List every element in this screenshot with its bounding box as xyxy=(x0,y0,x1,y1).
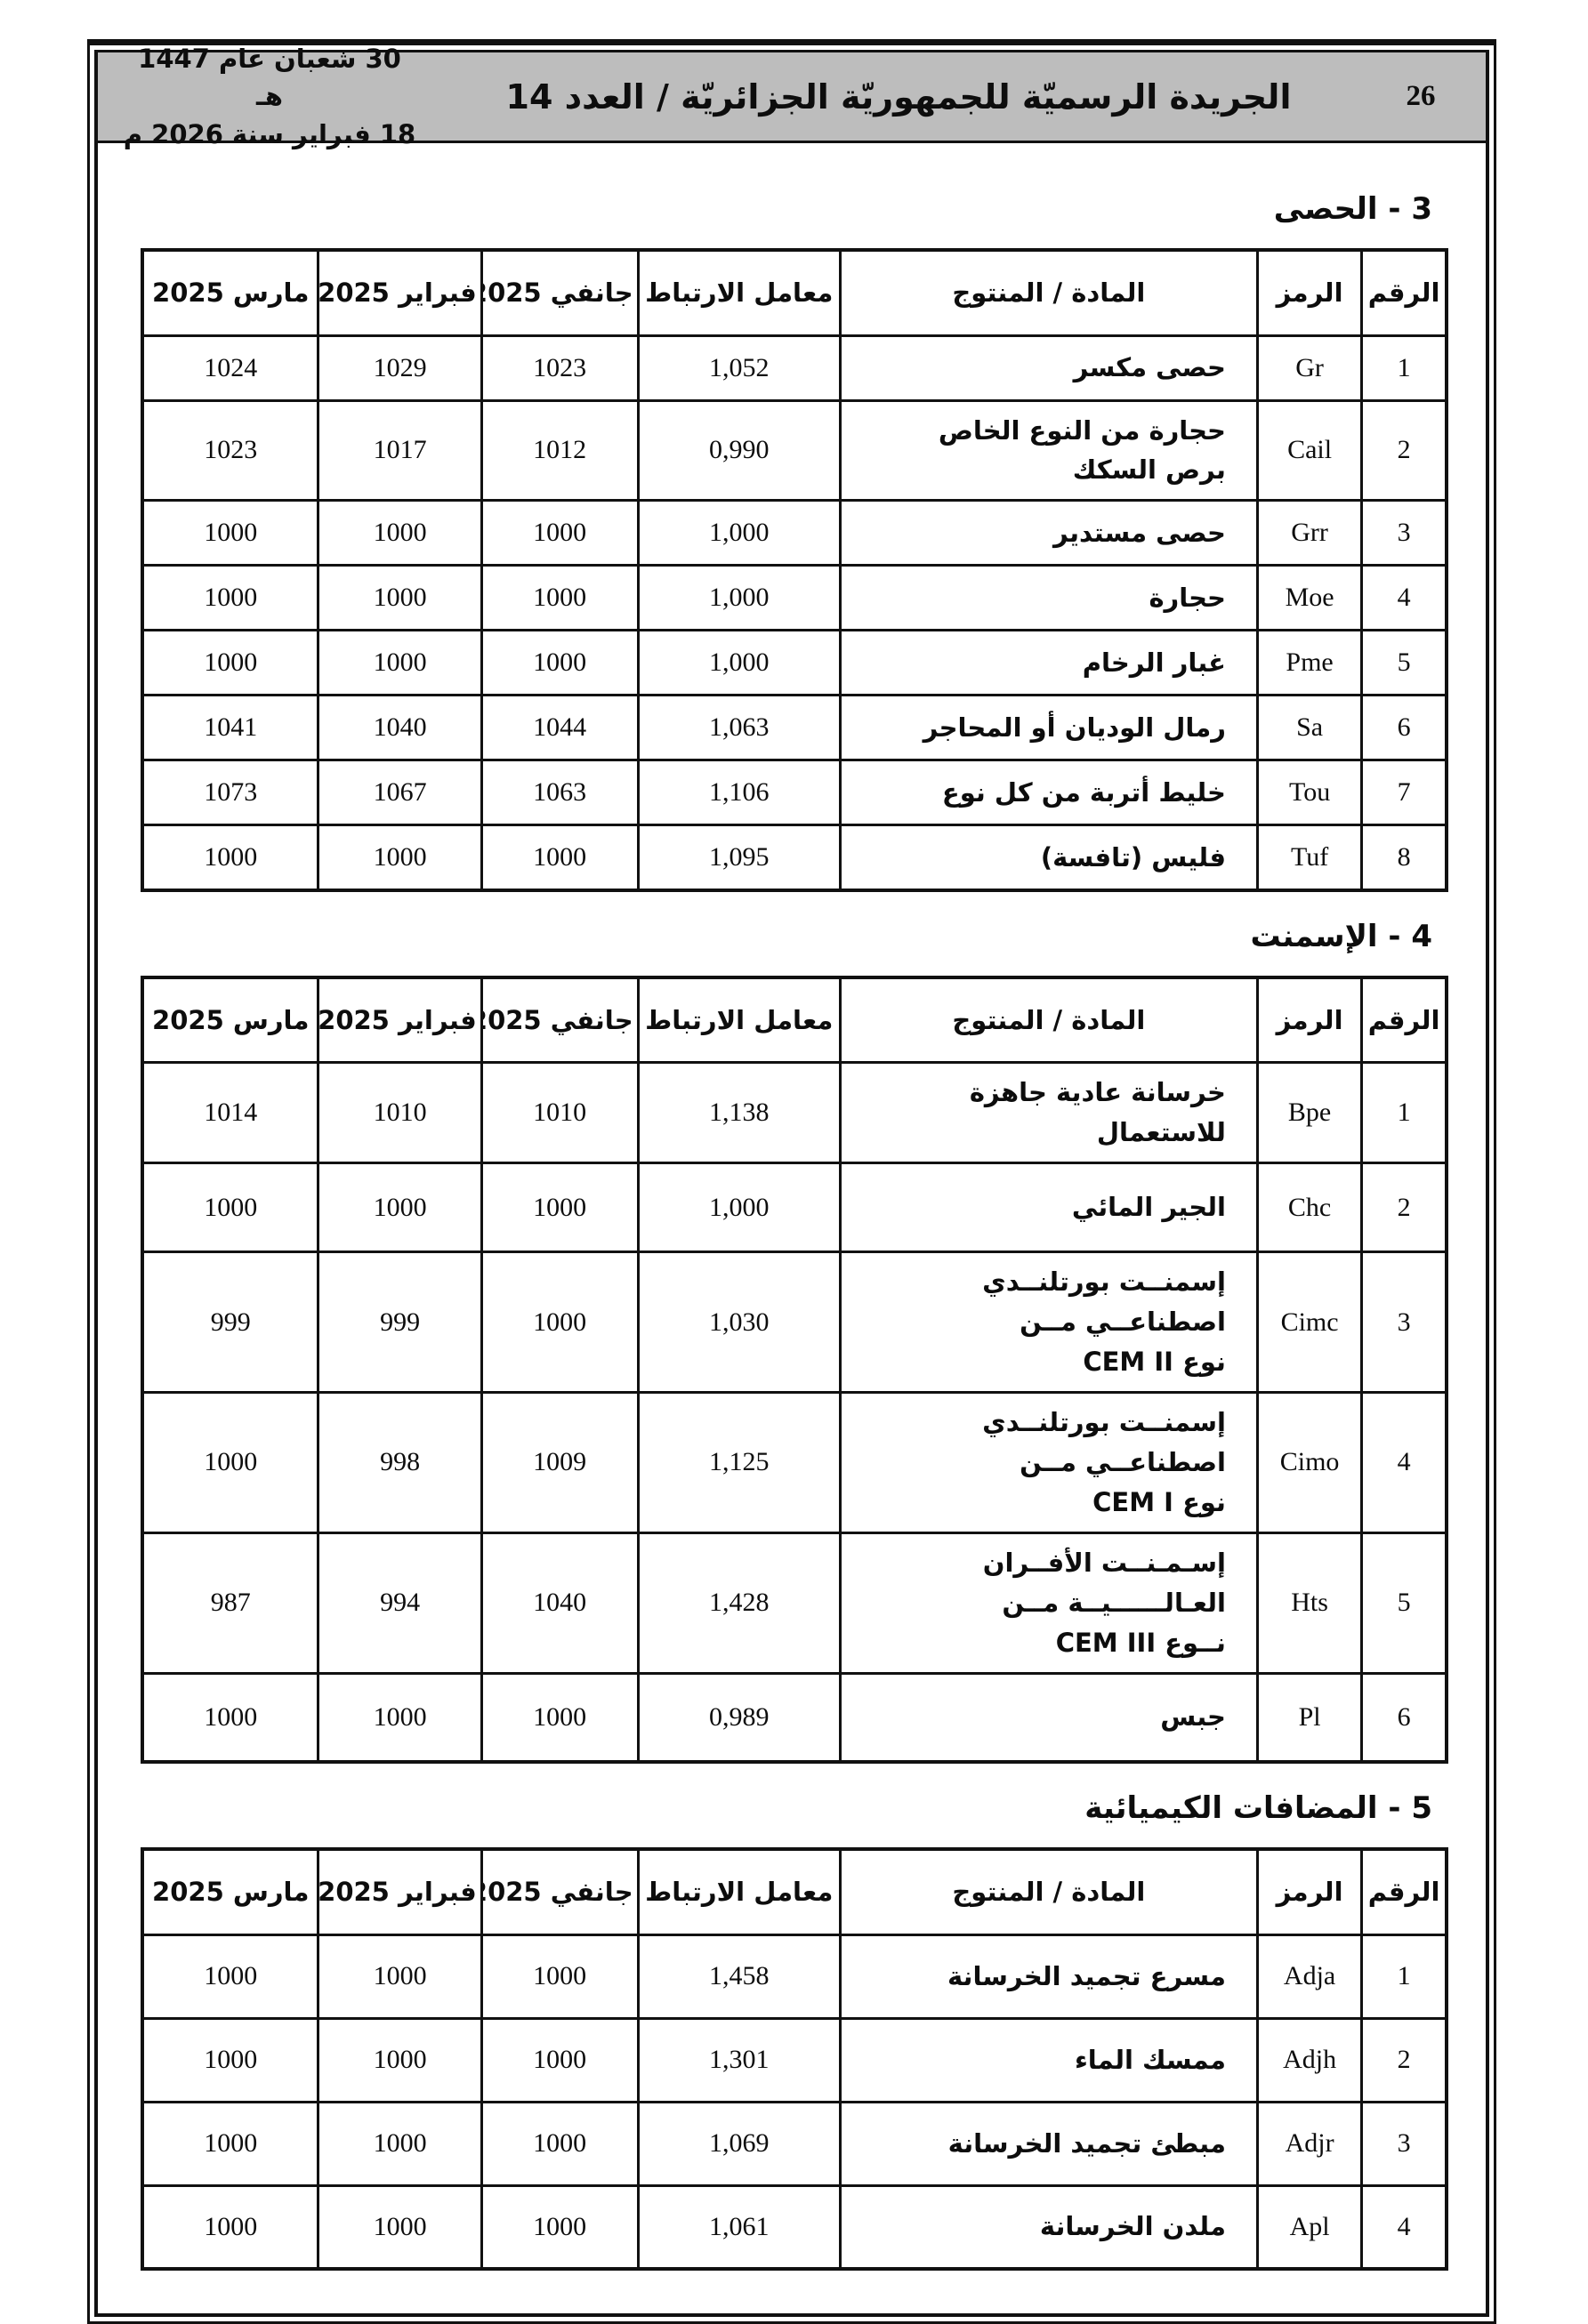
material-code: Tuf xyxy=(1257,825,1361,890)
row-number: 1 xyxy=(1362,1063,1447,1163)
material-code: Chc xyxy=(1257,1163,1361,1252)
col-january: جانفي 2025 xyxy=(481,977,638,1063)
value-february: 1000 xyxy=(318,1673,481,1762)
value-february: 1000 xyxy=(318,1934,481,2018)
value-january: 1000 xyxy=(481,631,638,696)
material-name: إسـمـنــت الأفــران العـالــــــيــة مــ… xyxy=(840,1532,1257,1673)
page-content: 3 - الحصى الرقم الرمز المادة / المنتوج م… xyxy=(98,143,1486,2313)
table-row: 4Cimoإسمنــت بورتلنــدي اصطناعــي مــن ن… xyxy=(142,1393,1447,1533)
value-january: 1000 xyxy=(481,2185,638,2269)
table-row: 3Adjrمبطئ تجميد الخرسانة1,06910001000100… xyxy=(142,2102,1447,2185)
value-january: 1063 xyxy=(481,760,638,825)
material-name: حصى مكسر xyxy=(840,335,1257,400)
row-number: 5 xyxy=(1362,631,1447,696)
value-february: 1067 xyxy=(318,760,481,825)
row-number: 2 xyxy=(1362,2018,1447,2102)
value-march: 987 xyxy=(142,1532,318,1673)
col-march: مارس 2025 xyxy=(142,1849,318,1934)
value-january: 1000 xyxy=(481,1673,638,1762)
material-code: Pme xyxy=(1257,631,1361,696)
value-january: 1000 xyxy=(481,2102,638,2185)
journal-page: { "header": { "date_hijri": "30 شعبان عا… xyxy=(0,0,1588,2247)
date-hijri: 30 شعبان عام 1447 هـ xyxy=(123,40,416,115)
value-february: 1000 xyxy=(318,2102,481,2185)
col-material: المادة / المنتوج xyxy=(840,250,1257,335)
material-name: غبار الرخام xyxy=(840,631,1257,696)
table-row: 1Bpeخرسانة عادية جاهزة للاستعمال1,138101… xyxy=(142,1063,1447,1163)
col-march: مارس 2025 xyxy=(142,977,318,1063)
gravel-table-body: 1Grحصى مكسر1,0521023102910242Cailحجارة م… xyxy=(142,335,1447,890)
correlation-coefficient: 1,428 xyxy=(638,1532,840,1673)
material-code: Moe xyxy=(1257,566,1361,631)
col-february: فبراير 2025 xyxy=(318,1849,481,1934)
journal-title: الجريدة الرسميّة للجمهوريّة الجزائريّة /… xyxy=(416,77,1381,117)
page-frame: 30 شعبان عام 1447 هـ 18 فبراير سنة 2026 … xyxy=(87,39,1496,2324)
value-february: 999 xyxy=(318,1252,481,1393)
chemical-additives-table-header: الرقم الرمز المادة / المنتوج معامل الارت… xyxy=(142,1849,1447,1934)
correlation-coefficient: 1,063 xyxy=(638,696,840,760)
row-number: 4 xyxy=(1362,1393,1447,1533)
value-january: 1000 xyxy=(481,501,638,566)
row-number: 2 xyxy=(1362,400,1447,501)
material-name: مسرع تجميد الخرسانة xyxy=(840,1934,1257,2018)
value-february: 1017 xyxy=(318,400,481,501)
value-march: 1000 xyxy=(142,1393,318,1533)
table-row: 1Adjaمسرع تجميد الخرسانة1,45810001000100… xyxy=(142,1934,1447,2018)
table-row: 2Chcالجير المائي1,000100010001000 xyxy=(142,1163,1447,1252)
header-row: الرقم الرمز المادة / المنتوج معامل الارت… xyxy=(142,250,1447,335)
col-number: الرقم xyxy=(1362,977,1447,1063)
row-number: 1 xyxy=(1362,1934,1447,2018)
journal-header: 30 شعبان عام 1447 هـ 18 فبراير سنة 2026 … xyxy=(98,52,1486,143)
row-number: 3 xyxy=(1362,1252,1447,1393)
cement-table: الرقم الرمز المادة / المنتوج معامل الارت… xyxy=(141,976,1448,1764)
material-code: Bpe xyxy=(1257,1063,1361,1163)
header-row: الرقم الرمز المادة / المنتوج معامل الارت… xyxy=(142,977,1447,1063)
value-march: 999 xyxy=(142,1252,318,1393)
header-row: الرقم الرمز المادة / المنتوج معامل الارت… xyxy=(142,1849,1447,1934)
value-february: 1040 xyxy=(318,696,481,760)
table-row: 6Plجبس0,989100010001000 xyxy=(142,1673,1447,1762)
correlation-coefficient: 1,301 xyxy=(638,2018,840,2102)
col-code: الرمز xyxy=(1257,977,1361,1063)
material-name: مبطئ تجميد الخرسانة xyxy=(840,2102,1257,2185)
correlation-coefficient: 1,052 xyxy=(638,335,840,400)
correlation-coefficient: 1,106 xyxy=(638,760,840,825)
correlation-coefficient: 1,000 xyxy=(638,501,840,566)
row-number: 8 xyxy=(1362,825,1447,890)
value-january: 1040 xyxy=(481,1532,638,1673)
col-material: المادة / المنتوج xyxy=(840,1849,1257,1934)
material-name: إسمنــت بورتلنــدي اصطناعــي مــن نوع CE… xyxy=(840,1393,1257,1533)
col-coefficient: معامل الارتباط xyxy=(638,250,840,335)
col-number: الرقم xyxy=(1362,1849,1447,1934)
table-row: 1Grحصى مكسر1,052102310291024 xyxy=(142,335,1447,400)
chemical-additives-table-body: 1Adjaمسرع تجميد الخرسانة1,45810001000100… xyxy=(142,1934,1447,2269)
material-code: Cimc xyxy=(1257,1252,1361,1393)
row-number: 7 xyxy=(1362,760,1447,825)
value-february: 1000 xyxy=(318,2018,481,2102)
col-code: الرمز xyxy=(1257,1849,1361,1934)
inner-frame: 30 شعبان عام 1447 هـ 18 فبراير سنة 2026 … xyxy=(94,50,1489,2317)
value-january: 1000 xyxy=(481,566,638,631)
col-material: المادة / المنتوج xyxy=(840,977,1257,1063)
row-number: 6 xyxy=(1362,696,1447,760)
section-title-gravel: 3 - الحصى xyxy=(141,191,1432,227)
value-january: 1000 xyxy=(481,1163,638,1252)
material-name: الجير المائي xyxy=(840,1163,1257,1252)
gravel-table: الرقم الرمز المادة / المنتوج معامل الارت… xyxy=(141,248,1448,892)
row-number: 1 xyxy=(1362,335,1447,400)
correlation-coefficient: 1,138 xyxy=(638,1063,840,1163)
value-february: 1029 xyxy=(318,335,481,400)
date-gregorian: 18 فبراير سنة 2026 م xyxy=(123,116,416,153)
col-number: الرقم xyxy=(1362,250,1447,335)
value-february: 1000 xyxy=(318,631,481,696)
correlation-coefficient: 1,458 xyxy=(638,1934,840,2018)
value-january: 1000 xyxy=(481,1252,638,1393)
table-row: 4Moeحجارة1,000100010001000 xyxy=(142,566,1447,631)
material-code: Pl xyxy=(1257,1673,1361,1762)
col-february: فبراير 2025 xyxy=(318,250,481,335)
material-code: Adjr xyxy=(1257,2102,1361,2185)
value-february: 1010 xyxy=(318,1063,481,1163)
value-march: 1000 xyxy=(142,566,318,631)
col-february: فبراير 2025 xyxy=(318,977,481,1063)
value-january: 1009 xyxy=(481,1393,638,1533)
col-coefficient: معامل الارتباط xyxy=(638,1849,840,1934)
table-row: 4Aplملدن الخرسانة1,061100010001000 xyxy=(142,2185,1447,2269)
table-row: 2Cailحجارة من النوع الخاص برص السكك0,990… xyxy=(142,400,1447,501)
row-number: 2 xyxy=(1362,1163,1447,1252)
material-code: Adjh xyxy=(1257,2018,1361,2102)
correlation-coefficient: 0,989 xyxy=(638,1673,840,1762)
material-code: Apl xyxy=(1257,2185,1361,2269)
value-february: 1000 xyxy=(318,566,481,631)
material-code: Hts xyxy=(1257,1532,1361,1673)
value-march: 1000 xyxy=(142,2018,318,2102)
value-march: 1000 xyxy=(142,2102,318,2185)
col-january: جانفي 2025 xyxy=(481,250,638,335)
cement-table-body: 1Bpeخرسانة عادية جاهزة للاستعمال1,138101… xyxy=(142,1063,1447,1762)
table-row: 3Cimcإسمنــت بورتلنــدي اصطناعــي مــن ن… xyxy=(142,1252,1447,1393)
material-name: رمال الوديان أو المحاجر xyxy=(840,696,1257,760)
value-march: 1000 xyxy=(142,1934,318,2018)
value-january: 1000 xyxy=(481,2018,638,2102)
col-code: الرمز xyxy=(1257,250,1361,335)
section-title-chemical-additives: 5 - المضافات الكيميائية xyxy=(141,1790,1432,1826)
page-number: 26 xyxy=(1381,80,1461,113)
table-row: 6Saرمال الوديان أو المحاجر1,063104410401… xyxy=(142,696,1447,760)
col-coefficient: معامل الارتباط xyxy=(638,977,840,1063)
value-february: 994 xyxy=(318,1532,481,1673)
value-january: 1010 xyxy=(481,1063,638,1163)
value-march: 1000 xyxy=(142,825,318,890)
value-march: 1000 xyxy=(142,1163,318,1252)
value-march: 1014 xyxy=(142,1063,318,1163)
table-row: 5Pmeغبار الرخام1,000100010001000 xyxy=(142,631,1447,696)
value-march: 1041 xyxy=(142,696,318,760)
material-name: فليس (تافسة) xyxy=(840,825,1257,890)
row-number: 3 xyxy=(1362,2102,1447,2185)
material-name: إسمنــت بورتلنــدي اصطناعــي مــن نوع CE… xyxy=(840,1252,1257,1393)
chemical-additives-table: الرقم الرمز المادة / المنتوج معامل الارت… xyxy=(141,1847,1448,2271)
material-code: Tou xyxy=(1257,760,1361,825)
value-february: 1000 xyxy=(318,2185,481,2269)
material-code: Sa xyxy=(1257,696,1361,760)
row-number: 5 xyxy=(1362,1532,1447,1673)
material-name: خليط أتربة من كل نوع xyxy=(840,760,1257,825)
value-march: 1000 xyxy=(142,2185,318,2269)
material-name: حجارة xyxy=(840,566,1257,631)
material-name: حصى مستدير xyxy=(840,501,1257,566)
table-row: 2Adjhممسك الماء1,301100010001000 xyxy=(142,2018,1447,2102)
cement-table-header: الرقم الرمز المادة / المنتوج معامل الارت… xyxy=(142,977,1447,1063)
correlation-coefficient: 1,000 xyxy=(638,631,840,696)
material-name: ملدن الخرسانة xyxy=(840,2185,1257,2269)
col-march: مارس 2025 xyxy=(142,250,318,335)
table-row: 7Touخليط أتربة من كل نوع1,10610631067107… xyxy=(142,760,1447,825)
row-number: 6 xyxy=(1362,1673,1447,1762)
date-block: 30 شعبان عام 1447 هـ 18 فبراير سنة 2026 … xyxy=(123,40,416,152)
value-march: 1000 xyxy=(142,1673,318,1762)
correlation-coefficient: 1,030 xyxy=(638,1252,840,1393)
value-february: 998 xyxy=(318,1393,481,1533)
material-name: حجارة من النوع الخاص برص السكك xyxy=(840,400,1257,501)
material-name: خرسانة عادية جاهزة للاستعمال xyxy=(840,1063,1257,1163)
value-january: 1000 xyxy=(481,825,638,890)
value-march: 1073 xyxy=(142,760,318,825)
gravel-table-header: الرقم الرمز المادة / المنتوج معامل الارت… xyxy=(142,250,1447,335)
value-january: 1000 xyxy=(481,1934,638,2018)
value-march: 1023 xyxy=(142,400,318,501)
material-code: Gr xyxy=(1257,335,1361,400)
col-january: جانفي 2025 xyxy=(481,1849,638,1934)
material-code: Cimo xyxy=(1257,1393,1361,1533)
material-code: Adja xyxy=(1257,1934,1361,2018)
table-row: 5Htsإسـمـنــت الأفــران العـالــــــيــة… xyxy=(142,1532,1447,1673)
correlation-coefficient: 1,125 xyxy=(638,1393,840,1533)
material-code: Cail xyxy=(1257,400,1361,501)
value-january: 1012 xyxy=(481,400,638,501)
correlation-coefficient: 1,000 xyxy=(638,566,840,631)
value-february: 1000 xyxy=(318,825,481,890)
correlation-coefficient: 0,990 xyxy=(638,400,840,501)
value-march: 1000 xyxy=(142,501,318,566)
material-code: Grr xyxy=(1257,501,1361,566)
value-march: 1024 xyxy=(142,335,318,400)
value-february: 1000 xyxy=(318,1163,481,1252)
correlation-coefficient: 1,069 xyxy=(638,2102,840,2185)
value-january: 1044 xyxy=(481,696,638,760)
row-number: 4 xyxy=(1362,2185,1447,2269)
section-title-cement: 4 - الإسمنت xyxy=(141,919,1432,954)
row-number: 4 xyxy=(1362,566,1447,631)
table-row: 3Grrحصى مستدير1,000100010001000 xyxy=(142,501,1447,566)
material-name: ممسك الماء xyxy=(840,2018,1257,2102)
correlation-coefficient: 1,061 xyxy=(638,2185,840,2269)
table-row: 8Tufفليس (تافسة)1,095100010001000 xyxy=(142,825,1447,890)
row-number: 3 xyxy=(1362,501,1447,566)
value-february: 1000 xyxy=(318,501,481,566)
correlation-coefficient: 1,095 xyxy=(638,825,840,890)
value-january: 1023 xyxy=(481,335,638,400)
correlation-coefficient: 1,000 xyxy=(638,1163,840,1252)
value-march: 1000 xyxy=(142,631,318,696)
material-name: جبس xyxy=(840,1673,1257,1762)
